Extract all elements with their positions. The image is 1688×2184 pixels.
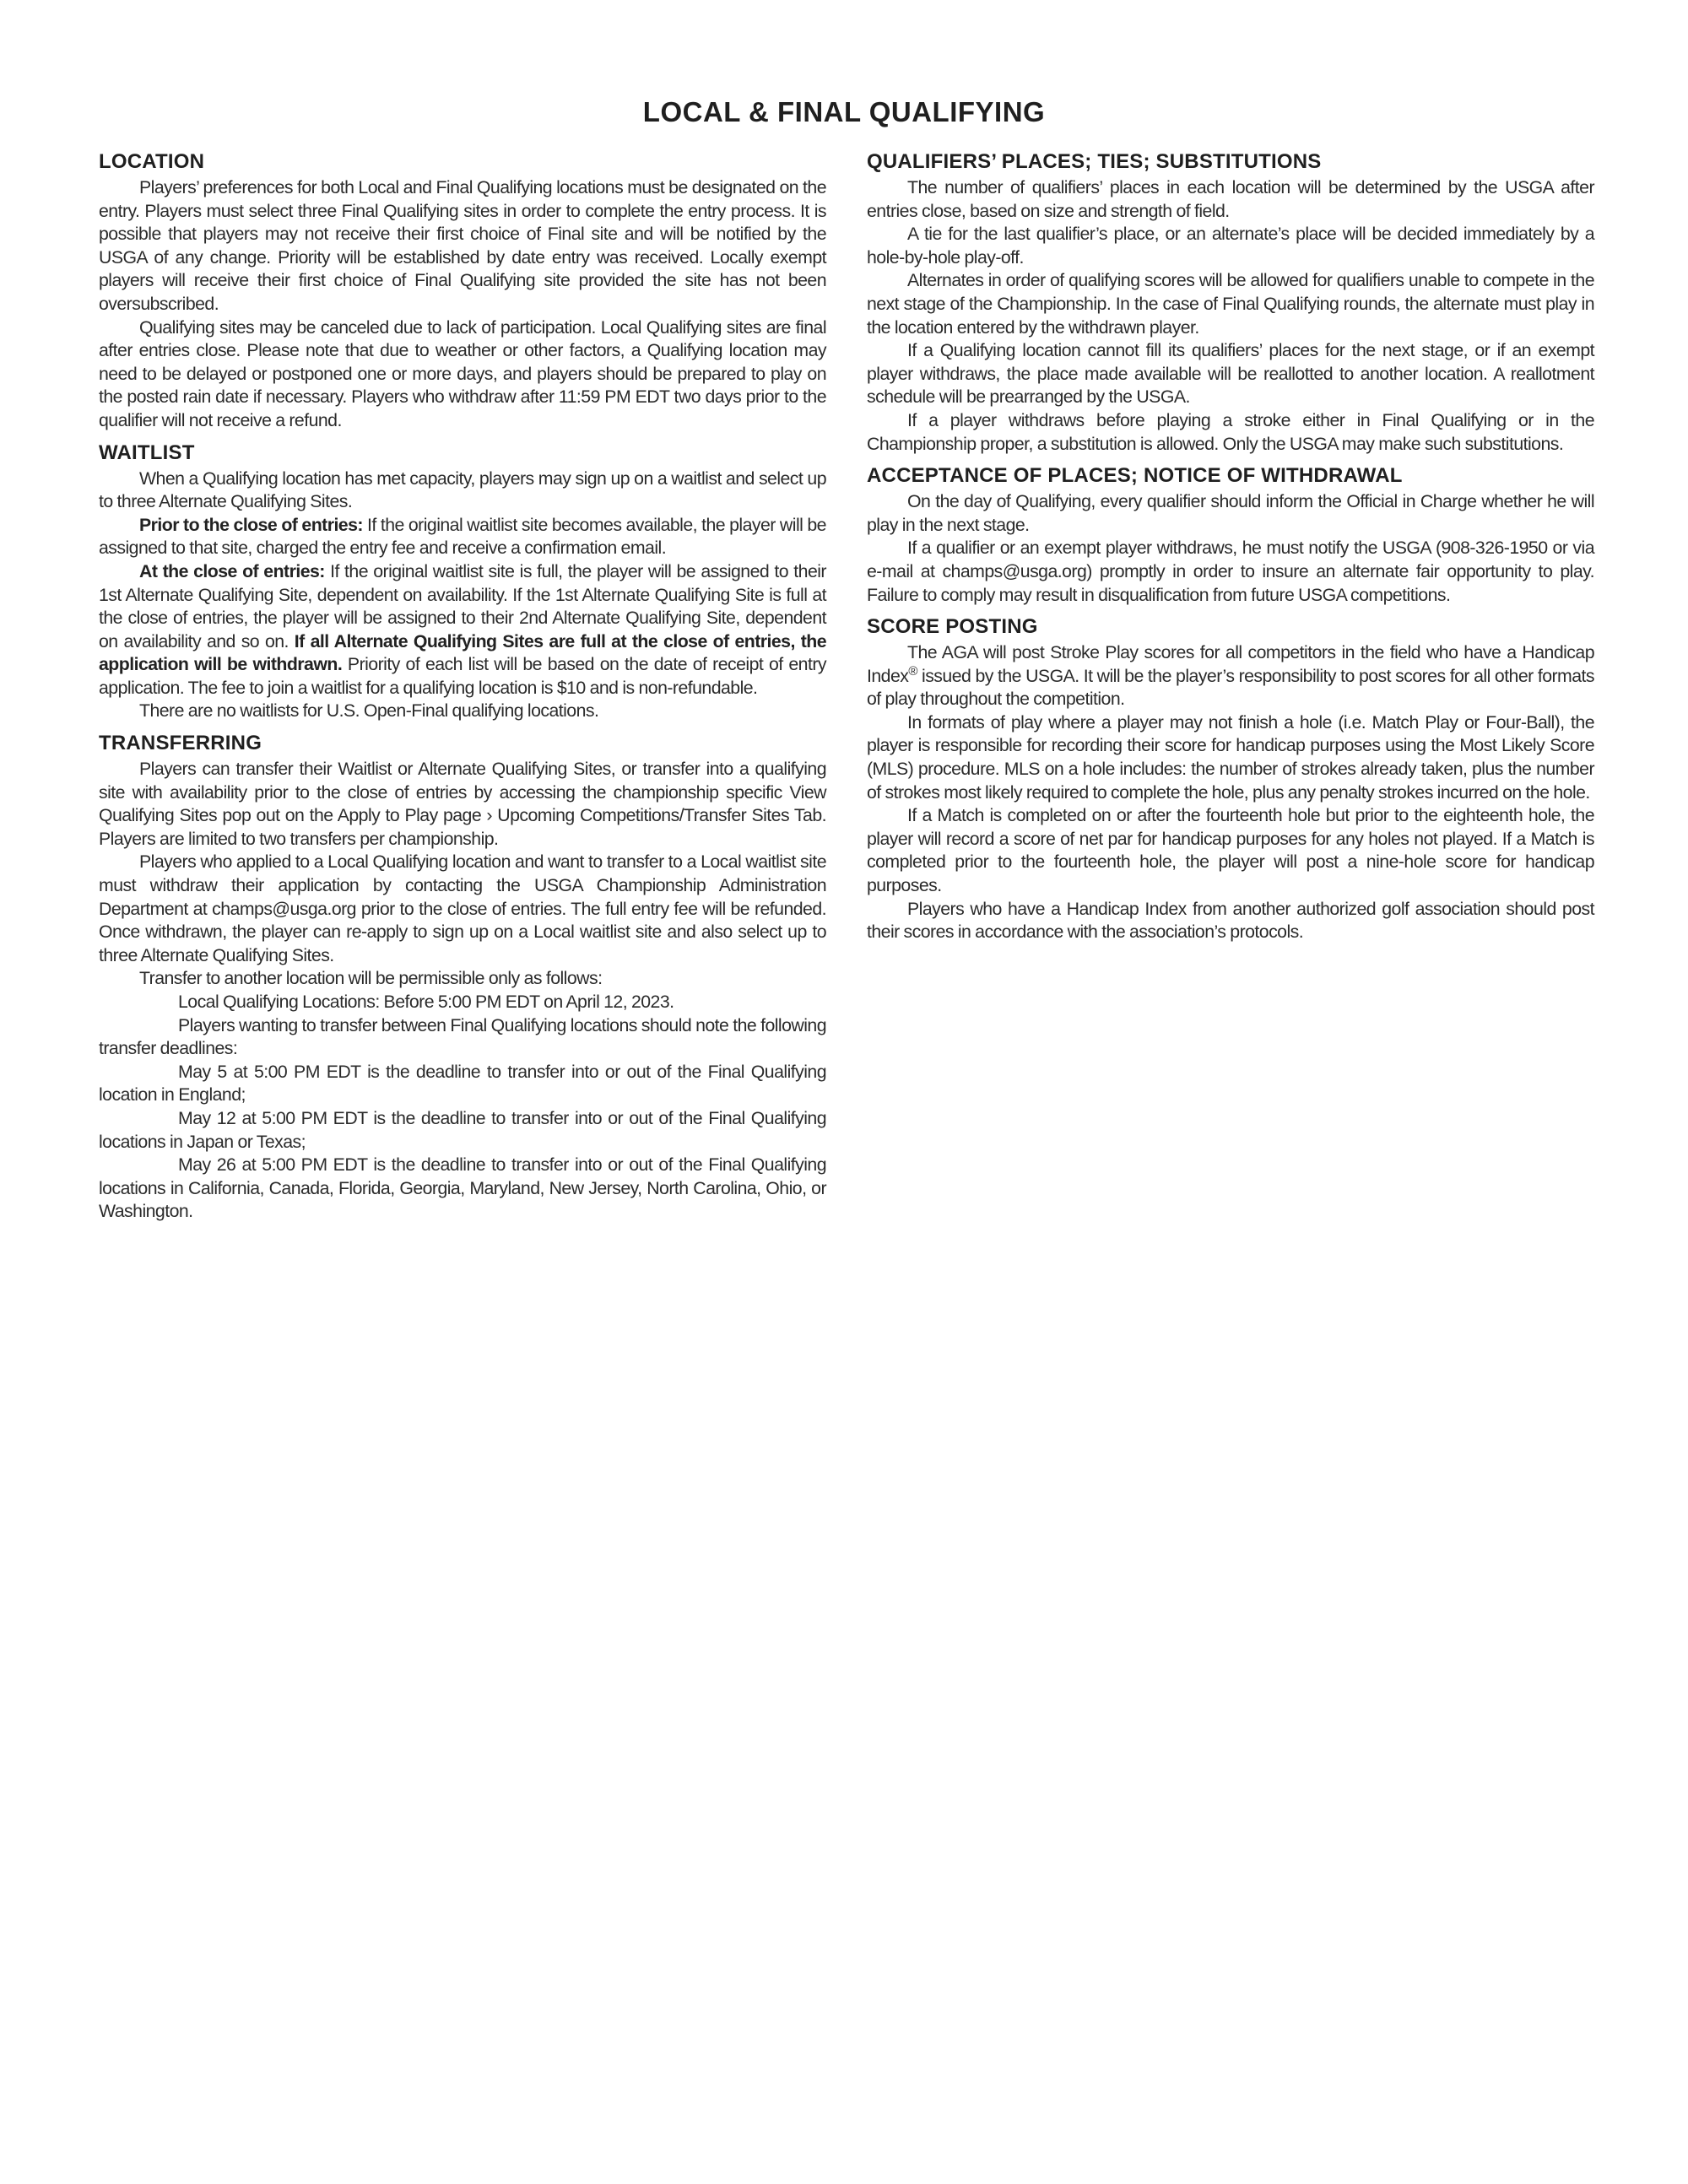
section-heading-transferring: TRANSFERRING — [99, 730, 826, 757]
section-waitlist: WAITLIST When a Qualifying location has … — [99, 440, 826, 724]
page-title: LOCAL & FINAL QUALIFYING — [0, 96, 1688, 128]
deadline-item: May 26 at 5:00 PM EDT is the deadline to… — [99, 1154, 826, 1224]
paragraph: Local Qualifying Locations: Before 5:00 … — [99, 991, 826, 1014]
paragraph: There are no waitlists for U.S. Open-Fin… — [99, 700, 826, 723]
section-heading-location: LOCATION — [99, 149, 826, 176]
paragraph-text: issued by the USGA. It will be the playe… — [867, 666, 1594, 710]
deadline-item: May 5 at 5:00 PM EDT is the deadline to … — [99, 1061, 826, 1107]
section-heading-waitlist: WAITLIST — [99, 440, 826, 467]
section-heading-qualifiers-places: QUALIFIERS’ PLACES; TIES; SUBSTITUTIONS — [867, 149, 1594, 176]
section-location: LOCATION Players’ preferences for both L… — [99, 149, 826, 433]
paragraph: Players wanting to transfer between Fina… — [99, 1014, 826, 1061]
paragraph: Players who have a Handicap Index from a… — [867, 898, 1594, 944]
paragraph: The number of qualifiers’ places in each… — [867, 176, 1594, 223]
paragraph: Players who applied to a Local Qualifyin… — [99, 851, 826, 967]
paragraph: Transfer to another location will be per… — [99, 967, 826, 991]
paragraph: When a Qualifying location has met capac… — [99, 468, 826, 514]
section-heading-acceptance: ACCEPTANCE OF PLACES; NOTICE OF WITHDRAW… — [867, 462, 1594, 489]
paragraph: If a Match is completed on or after the … — [867, 804, 1594, 897]
right-column: QUALIFIERS’ PLACES; TIES; SUBSTITUTIONS … — [867, 149, 1594, 951]
section-transferring: TRANSFERRING Players can transfer their … — [99, 730, 826, 1224]
paragraph: In formats of play where a player may no… — [867, 711, 1594, 804]
deadline-item: May 12 at 5:00 PM EDT is the deadline to… — [99, 1107, 826, 1154]
paragraph: The AGA will post Stroke Play scores for… — [867, 641, 1594, 711]
section-qualifiers-places: QUALIFIERS’ PLACES; TIES; SUBSTITUTIONS … — [867, 149, 1594, 456]
paragraph: Qualifying sites may be canceled due to … — [99, 316, 826, 433]
section-heading-score-posting: SCORE POSTING — [867, 614, 1594, 641]
section-score-posting: SCORE POSTING The AGA will post Stroke P… — [867, 614, 1594, 944]
paragraph: Prior to the close of entries: If the or… — [99, 514, 826, 560]
paragraph: If a qualifier or an exempt player withd… — [867, 537, 1594, 607]
bold-lead-in: Prior to the close of entries: — [139, 515, 363, 535]
paragraph: If a player withdraws before playing a s… — [867, 409, 1594, 456]
paragraph: A tie for the last qualifier’s place, or… — [867, 223, 1594, 269]
section-acceptance: ACCEPTANCE OF PLACES; NOTICE OF WITHDRAW… — [867, 462, 1594, 607]
paragraph: Alternates in order of qualifying scores… — [867, 269, 1594, 339]
paragraph: If a Qualifying location cannot fill its… — [867, 339, 1594, 409]
paragraph: At the close of entries: If the original… — [99, 560, 826, 700]
paragraph: Players’ preferences for both Local and … — [99, 176, 826, 316]
bold-lead-in: At the close of entries: — [139, 561, 325, 581]
left-column: LOCATION Players’ preferences for both L… — [99, 149, 826, 1230]
paragraph: On the day of Qualifying, every qualifie… — [867, 490, 1594, 537]
registered-mark: ® — [908, 664, 917, 678]
paragraph: Players can transfer their Waitlist or A… — [99, 758, 826, 851]
